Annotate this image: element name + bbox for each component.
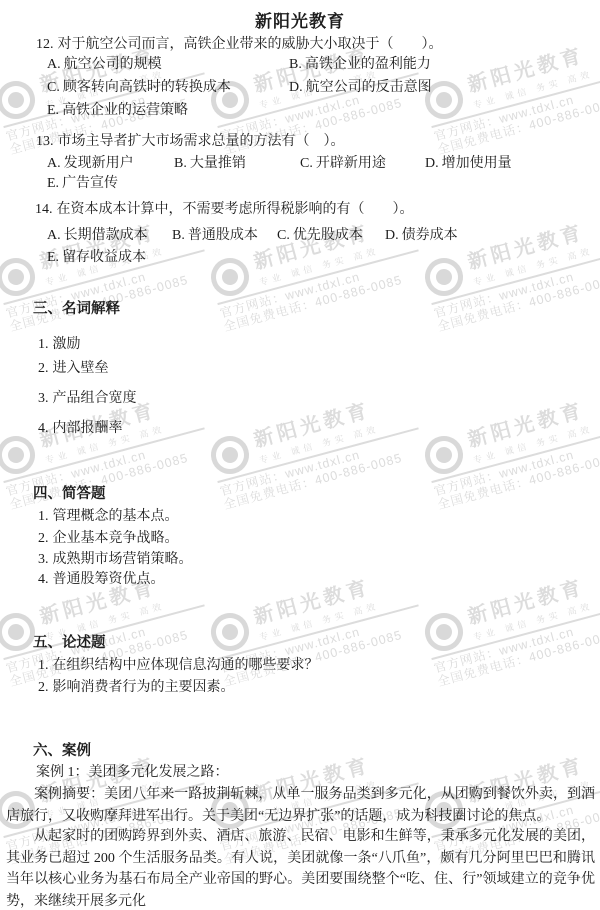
item-number: 4. [38, 572, 49, 587]
question-13-option-b: B.大量推销 [174, 154, 246, 173]
option-text: 债券成本 [402, 228, 458, 243]
question-13-number: 13. [36, 134, 54, 149]
option-label: E. [47, 176, 59, 191]
option-text: 顾客转向高铁时的转换成本 [63, 80, 231, 95]
option-label: A. [47, 57, 61, 72]
question-12-option-b: B.高铁企业的盈利能力 [289, 55, 431, 74]
question-14-text: 在资本成本计算中，不需要考虑所得税影响的有（ ）。 [57, 202, 414, 217]
option-text: 发现新用户 [64, 156, 134, 171]
question-12-option-a: A.航空公司的规模 [47, 55, 162, 74]
option-label: D. [385, 228, 399, 243]
question-14-option-d: D.债券成本 [385, 226, 458, 245]
item-text: 成熟期市场营销策略。 [53, 552, 193, 567]
section-heading-terms: 三、名词解释 [33, 300, 120, 319]
option-text: 广告宣传 [62, 176, 118, 191]
question-12-number: 12. [36, 37, 54, 52]
short-answer-item-1: 1.管理概念的基本点。 [38, 507, 179, 526]
option-text: 开辟新用途 [316, 156, 386, 171]
question-12-option-e: E.高铁企业的运营策略 [47, 101, 188, 120]
terms-item-1: 1.激励 [38, 335, 81, 354]
question-13-option-e: E.广告宣传 [47, 174, 118, 193]
question-12-stem: 12.对于航空公司而言，高铁企业带来的威胁大小取决于（ ）。 [36, 35, 443, 54]
item-number: 4. [38, 421, 49, 436]
question-13-option-d: D.增加使用量 [425, 154, 512, 173]
option-text: 航空公司的规模 [64, 57, 162, 72]
terms-item-4: 4.内部报酬率 [38, 419, 123, 438]
item-text: 在组织结构中应体现信息沟通的哪些要求？ [53, 658, 319, 673]
item-number: 1. [38, 337, 49, 352]
item-number: 2. [38, 361, 49, 376]
question-14-option-e: E.留存收益成本 [47, 248, 146, 267]
item-number: 2. [38, 680, 49, 695]
question-13-option-c: C.开辟新用途 [300, 154, 386, 173]
option-label: D. [289, 80, 303, 95]
case-paragraph-1: 案例摘要：美团八年来一路披荆斩棘，从单一服务品类到多元化，从团购到餐饮外卖，到酒… [6, 784, 595, 827]
option-label: E. [47, 250, 59, 265]
section-heading-short-answer: 四、简答题 [33, 485, 106, 504]
question-12-text: 对于航空公司而言，高铁企业带来的威胁大小取决于（ ）。 [58, 37, 443, 52]
section-heading-essay: 五、论述题 [33, 634, 106, 653]
question-13-option-a: A.发现新用户 [47, 154, 134, 173]
option-text: 大量推销 [190, 156, 246, 171]
option-text: 高铁企业的盈利能力 [305, 57, 431, 72]
short-answer-item-3: 3.成熟期市场营销策略。 [38, 550, 193, 569]
case-title: 案例 1：美团多元化发展之路： [36, 763, 229, 782]
item-number: 3. [38, 552, 49, 567]
item-number: 3. [38, 391, 49, 406]
terms-item-3: 3.产品组合宽度 [38, 389, 137, 408]
item-text: 进入壁垒 [53, 361, 109, 376]
option-text: 普通股成本 [188, 228, 258, 243]
question-13-text: 市场主导者扩大市场需求总量的方法有（ ）。 [58, 134, 345, 149]
question-12-option-d: D.航空公司的反击意图 [289, 78, 432, 97]
essay-item-2: 2.影响消费者行为的主要因素。 [38, 678, 235, 697]
option-text: 高铁企业的运营策略 [62, 103, 188, 118]
item-text: 影响消费者行为的主要因素。 [53, 680, 235, 695]
option-text: 航空公司的反击意图 [306, 80, 432, 95]
option-label: E. [47, 103, 59, 118]
option-text: 长期借款成本 [64, 228, 148, 243]
item-text: 普通股筹资优点。 [53, 572, 165, 587]
option-text: 优先股成本 [293, 228, 363, 243]
short-answer-item-4: 4.普通股筹资优点。 [38, 570, 165, 589]
exam-document-page: 新阳光教育 专业 诚信 务实 高效 官方网站：www.tdxl.cn 全国免费电… [0, 0, 600, 910]
option-text: 增加使用量 [442, 156, 512, 171]
question-14-option-a: A.长期借款成本 [47, 226, 148, 245]
question-14-option-b: B.普通股成本 [172, 226, 258, 245]
document-title: 新阳光教育 [0, 7, 600, 32]
option-label: B. [289, 57, 302, 72]
question-14-option-c: C.优先股成本 [277, 226, 363, 245]
question-12-option-c: C.顾客转向高铁时的转换成本 [47, 78, 231, 97]
item-text: 激励 [53, 337, 81, 352]
item-text: 管理概念的基本点。 [53, 509, 179, 524]
short-answer-item-2: 2.企业基本竞争战略。 [38, 529, 179, 548]
option-label: B. [172, 228, 185, 243]
option-label: A. [47, 228, 61, 243]
item-text: 产品组合宽度 [53, 391, 137, 406]
option-label: A. [47, 156, 61, 171]
terms-item-2: 2.进入壁垒 [38, 359, 109, 378]
document-content: 新阳光教育 12.对于航空公司而言，高铁企业带来的威胁大小取决于（ ）。 A.航… [0, 0, 600, 910]
option-label: C. [300, 156, 313, 171]
item-text: 企业基本竞争战略。 [53, 531, 179, 546]
option-label: C. [277, 228, 290, 243]
option-text: 留存收益成本 [62, 250, 146, 265]
option-label: D. [425, 156, 439, 171]
item-number: 1. [38, 658, 49, 673]
essay-item-1: 1.在组织结构中应体现信息沟通的哪些要求？ [38, 656, 319, 675]
section-heading-case: 六、案例 [33, 742, 91, 761]
question-14-number: 14. [35, 202, 53, 217]
question-14-stem: 14.在资本成本计算中，不需要考虑所得税影响的有（ ）。 [35, 200, 414, 219]
option-label: C. [47, 80, 60, 95]
item-text: 内部报酬率 [53, 421, 123, 436]
case-paragraph-2: 从起家时的团购跨界到外卖、酒店、旅游、民宿、电影和生鲜等，秉承多元化发展的美团，… [6, 826, 595, 910]
option-label: B. [174, 156, 187, 171]
question-13-stem: 13.市场主导者扩大市场需求总量的方法有（ ）。 [36, 132, 345, 151]
item-number: 1. [38, 509, 49, 524]
item-number: 2. [38, 531, 49, 546]
